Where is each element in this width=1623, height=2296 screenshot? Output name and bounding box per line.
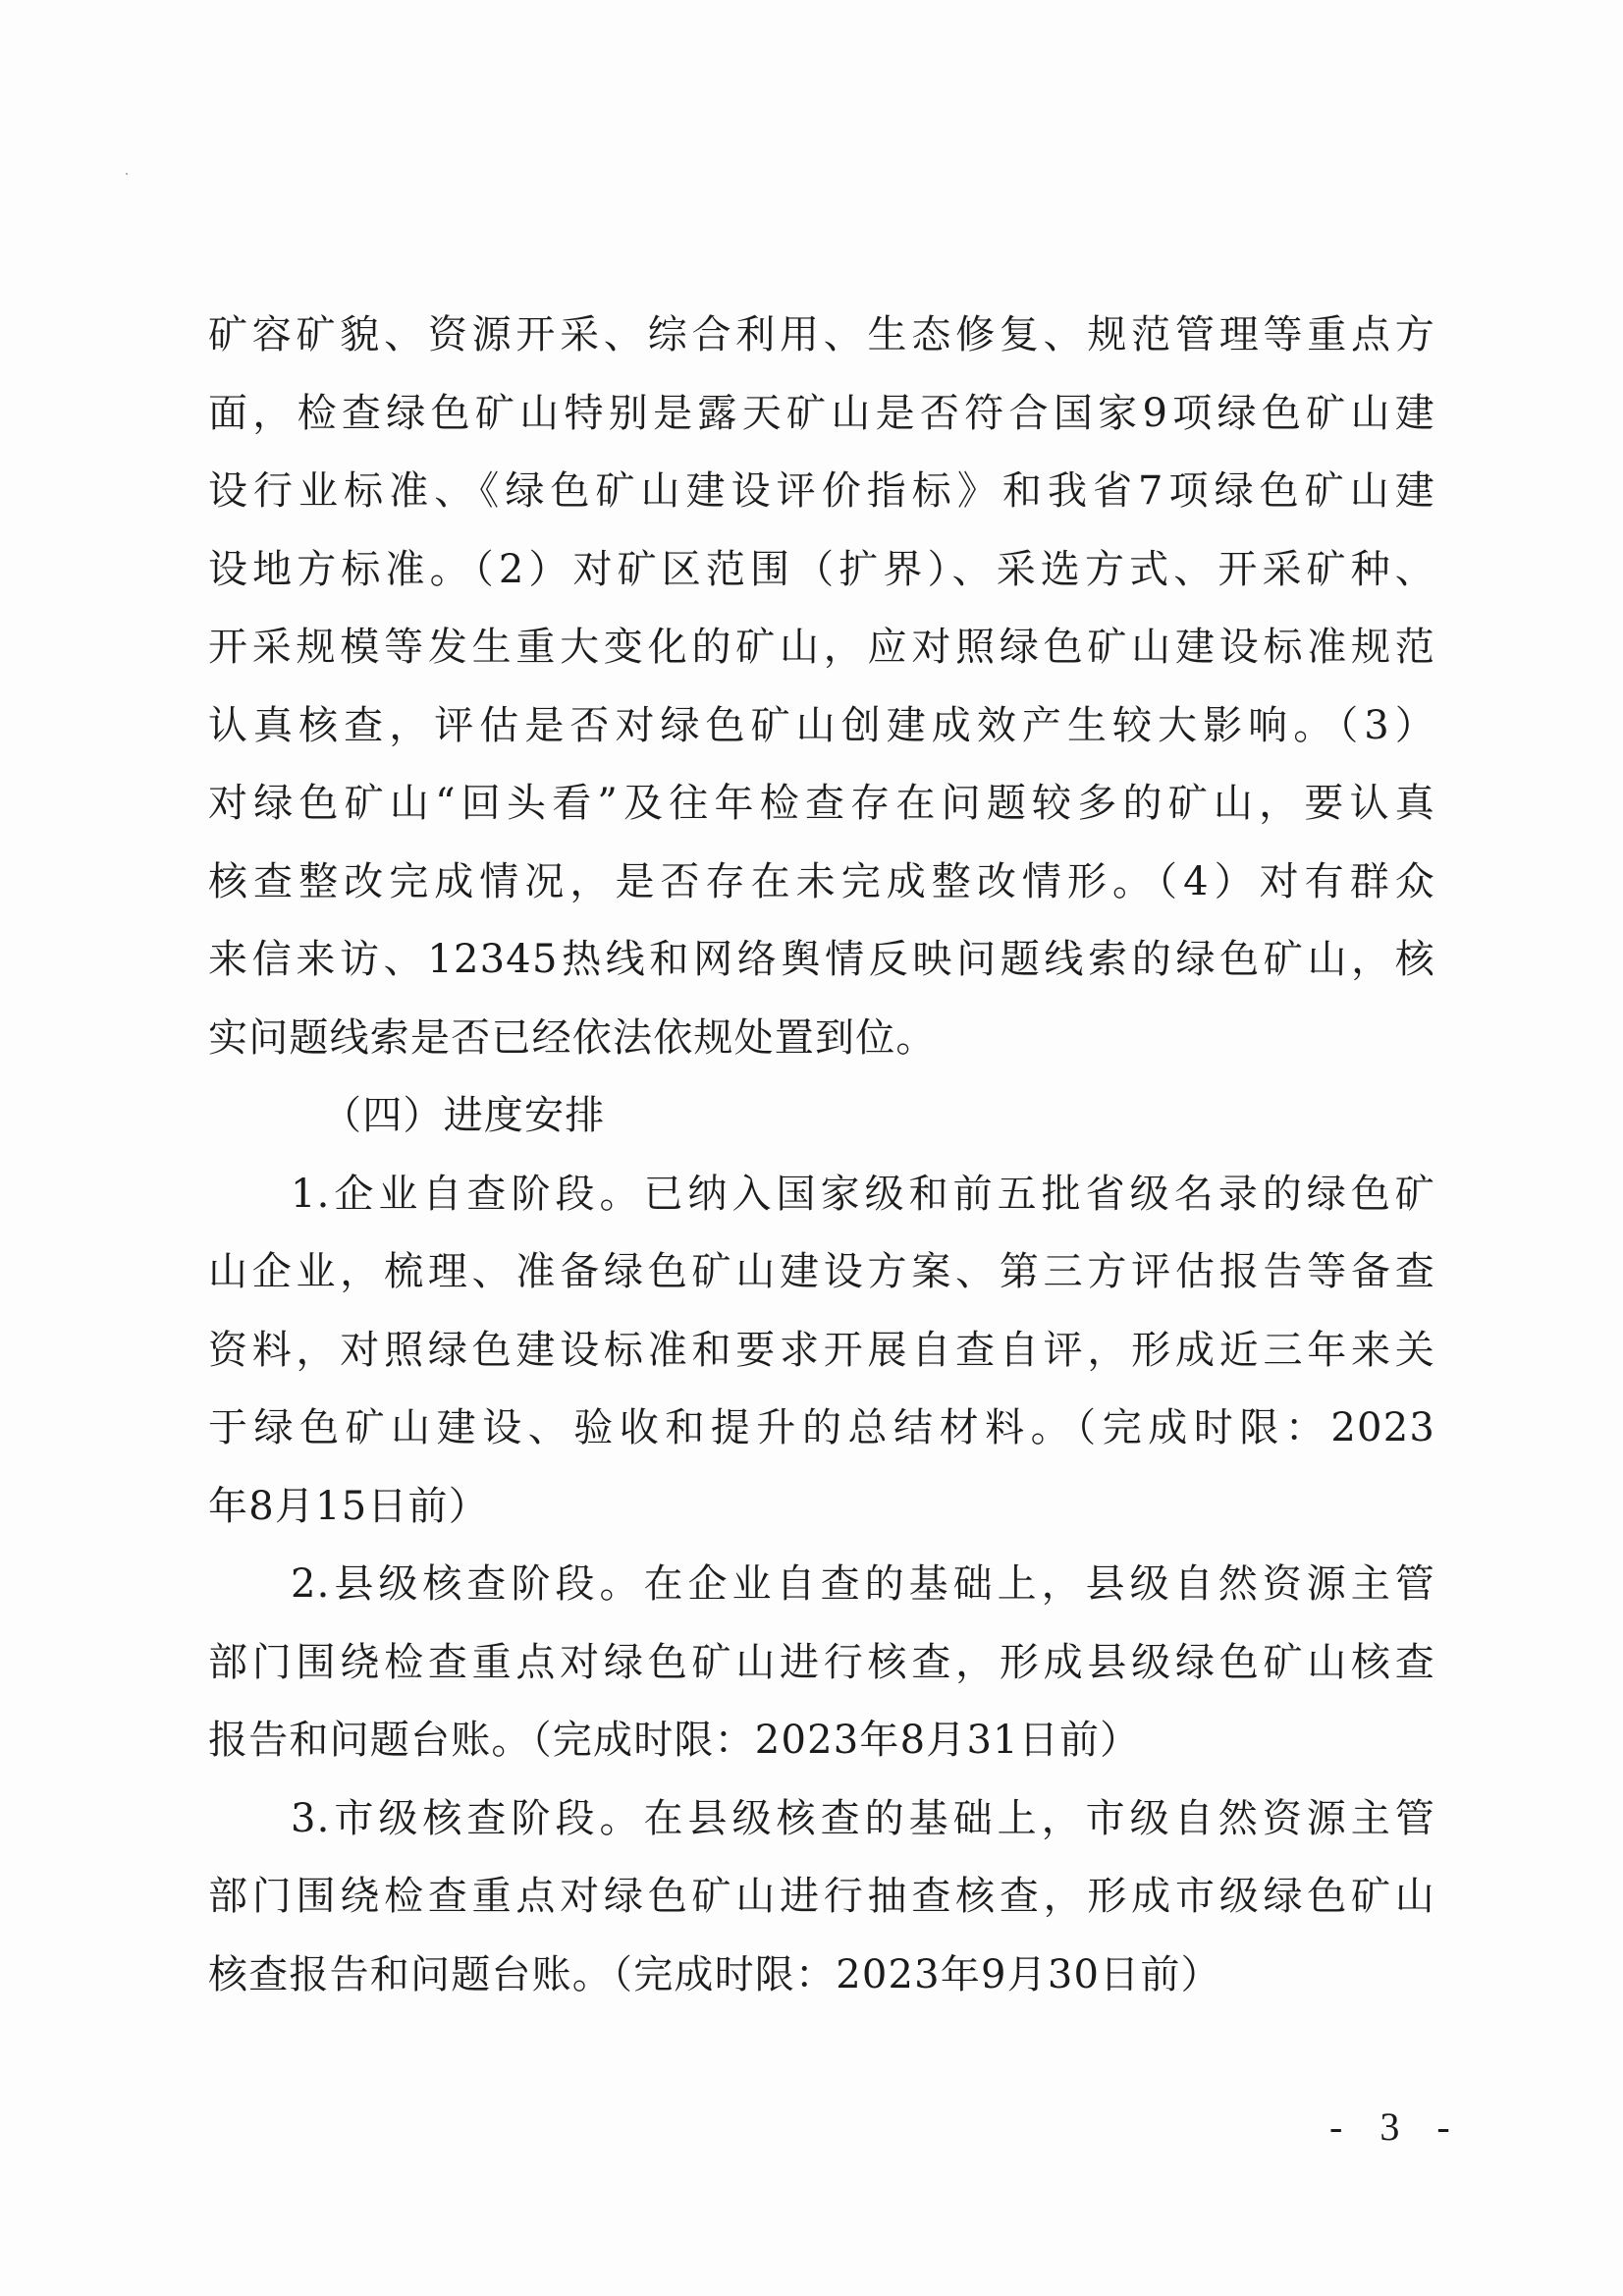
paragraph-line: 开采规模等发生重大变化的矿山，应对照绿色矿山建设标准规范 xyxy=(208,609,1435,687)
item-line: 部门围绕检查重点对绿色矿山进行核查，形成县级绿色矿山核查 xyxy=(208,1624,1435,1703)
schedule-item-2: 2.县级核查阶段。在企业自查的基础上，县级自然资源主管 部门围绕检查重点对绿色矿… xyxy=(208,1546,1435,1780)
schedule-item-1: 1.企业自查阶段。已纳入国家级和前五批省级名录的绿色矿 山企业，梳理、准备绿色矿… xyxy=(208,1156,1435,1547)
paragraph-line: 对绿色矿山“回头看”及往年检查存在问题较多的矿山，要认真 xyxy=(208,765,1435,844)
item-line: 报告和问题台账。（完成时限：2023年8月31日前） xyxy=(208,1702,1435,1780)
item-line: 年8月15日前） xyxy=(208,1468,1435,1547)
item-line: 资料，对照绿色建设标准和要求开展自查自评，形成近三年来关 xyxy=(208,1312,1435,1391)
scan-speck xyxy=(126,173,128,175)
item-line: 部门围绕检查重点对绿色矿山进行抽查核查，形成市级绿色矿山 xyxy=(208,1858,1435,1937)
item-line: 1.企业自查阶段。已纳入国家级和前五批省级名录的绿色矿 xyxy=(208,1156,1435,1234)
schedule-item-3: 3.市级核查阶段。在县级核查的基础上，市级自然资源主管 部门围绕检查重点对绿色矿… xyxy=(208,1780,1435,2015)
section-heading: （四）进度安排 xyxy=(208,1077,1435,1156)
item-line: 于绿色矿山建设、验收和提升的总结材料。（完成时限：2023 xyxy=(208,1390,1435,1468)
item-line: 山企业，梳理、准备绿色矿山建设方案、第三方评估报告等备查 xyxy=(208,1233,1435,1312)
paragraph-line: 设地方标准。（2）对矿区范围（扩界）、采选方式、开采矿种、 xyxy=(208,531,1435,610)
paragraph-line: 矿容矿貌、资源开采、综合利用、生态修复、规范管理等重点方 xyxy=(208,297,1435,375)
paragraph-line: 来信来访、12345热线和网络舆情反映问题线索的绿色矿山，核 xyxy=(208,921,1435,1000)
document-body: 矿容矿貌、资源开采、综合利用、生态修复、规范管理等重点方 面，检查绿色矿山特别是… xyxy=(208,297,1435,2014)
item-line: 3.市级核查阶段。在县级核查的基础上，市级自然资源主管 xyxy=(208,1780,1435,1859)
paragraph-line: 设行业标准、《绿色矿山建设评价指标》和我省7项绿色矿山建 xyxy=(208,453,1435,531)
paragraph-line: 实问题线索是否已经依法依规处置到位。 xyxy=(208,1000,1435,1078)
paragraph-line: 核查整改完成情况，是否存在未完成整改情形。（4）对有群众 xyxy=(208,844,1435,922)
paragraph-line: 认真核查，评估是否对绿色矿山创建成效产生较大影响。（3） xyxy=(208,687,1435,766)
page-number: - 3 - xyxy=(1329,2104,1464,2150)
document-page: 矿容矿貌、资源开采、综合利用、生态修复、规范管理等重点方 面，检查绿色矿山特别是… xyxy=(0,0,1623,2296)
paragraph-line: 面，检查绿色矿山特别是露天矿山是否符合国家9项绿色矿山建 xyxy=(208,375,1435,454)
item-line: 核查报告和问题台账。（完成时限：2023年9月30日前） xyxy=(208,1937,1435,2015)
item-line: 2.县级核查阶段。在企业自查的基础上，县级自然资源主管 xyxy=(208,1546,1435,1624)
